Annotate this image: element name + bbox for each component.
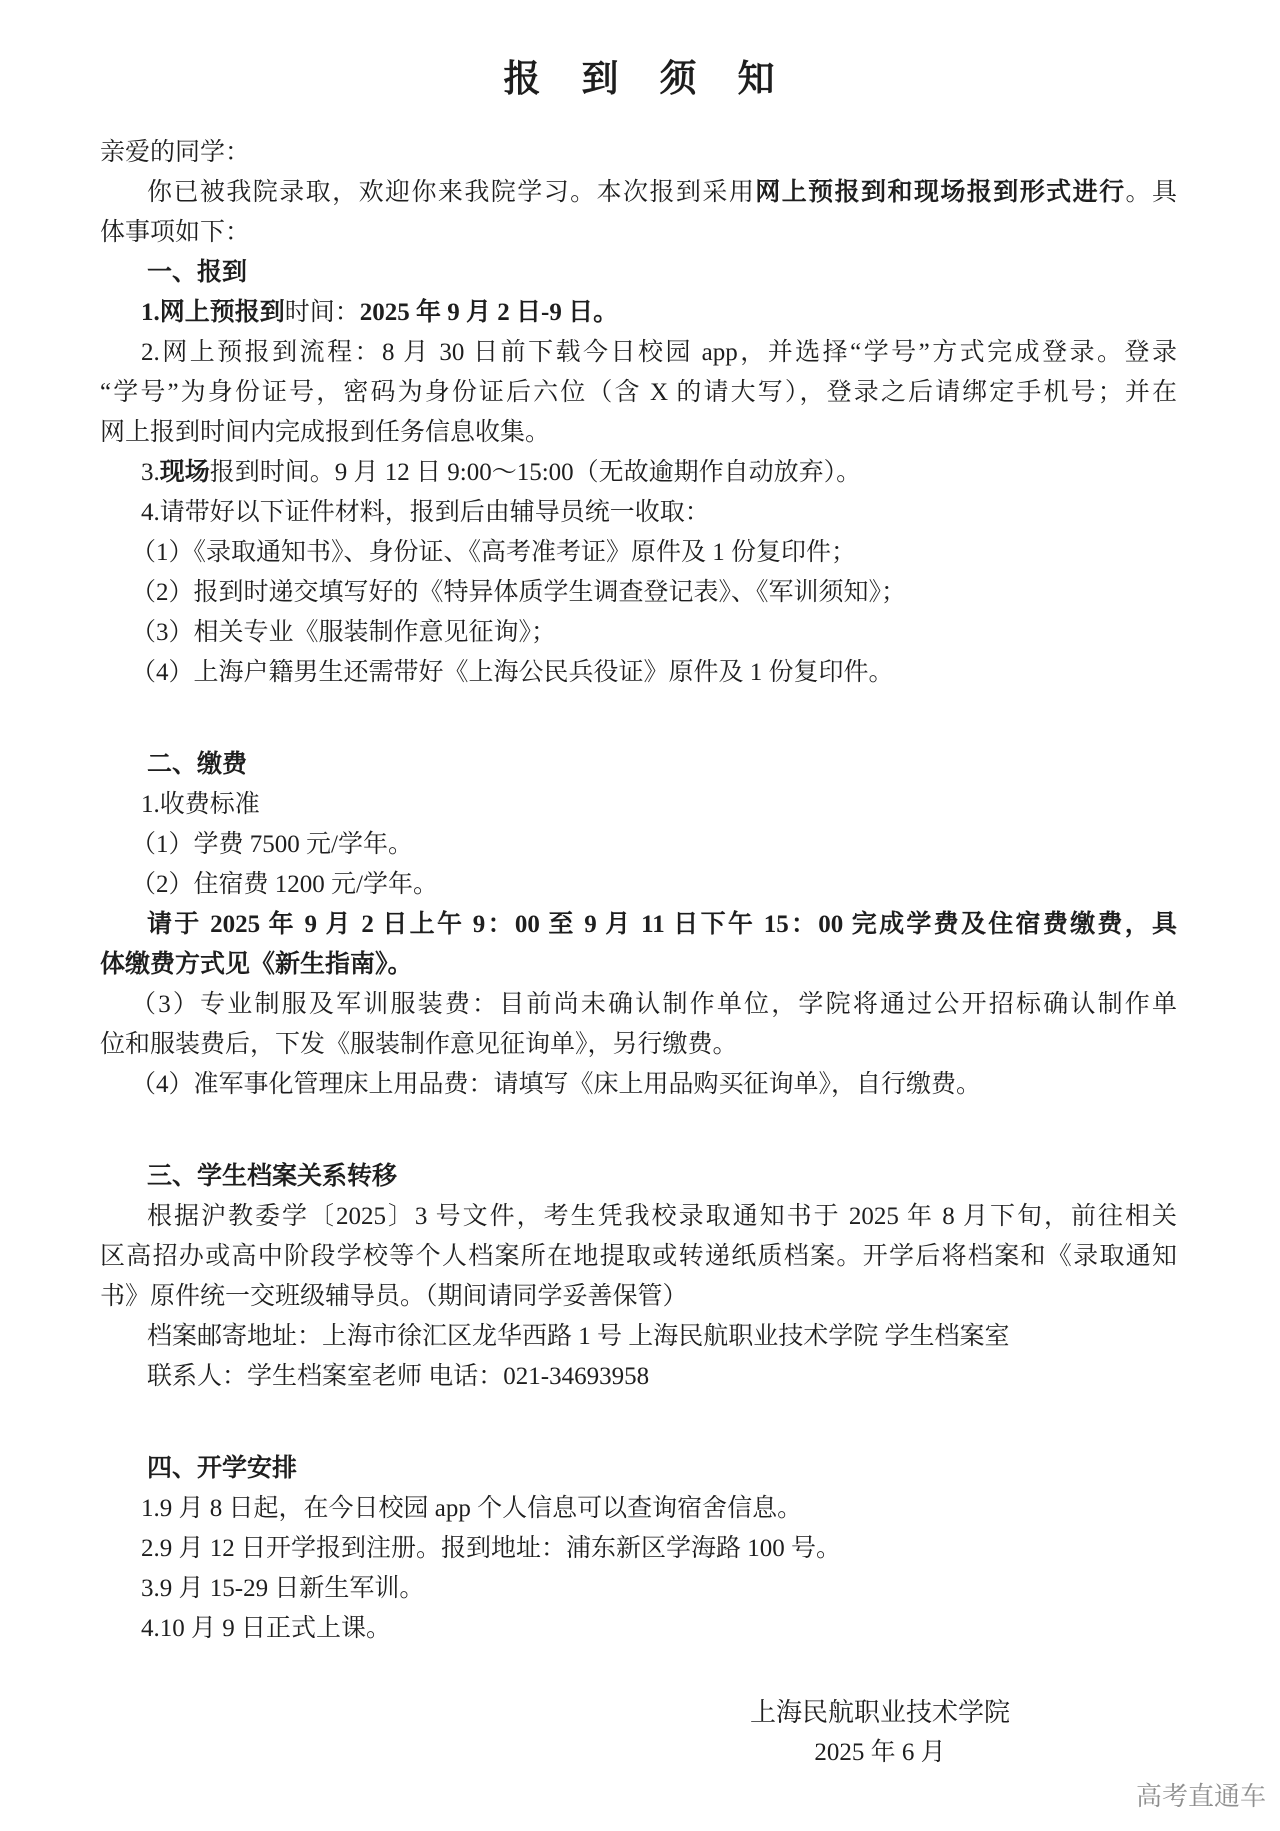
section-heading: 三、学生档案关系转移 [100, 1157, 1177, 1197]
text-segment: 位和服装费后，下发《服装制作意见征询单》，另行缴费。 [100, 1031, 738, 1058]
text-segment: 体缴费方式见《新生指南》。 [100, 951, 413, 978]
text-line: （4）准军事化管理床上用品费：请填写《床上用品购买征询单》，自行缴费。 [100, 1065, 1177, 1105]
signature-org: 上海民航职业技术学院 [750, 1693, 1010, 1733]
signature-block: 上海民航职业技术学院 2025 年 6 月 [750, 1693, 1010, 1773]
text-line: 体缴费方式见《新生指南》。 [100, 945, 1177, 985]
text-segment: “学号”为身份证号，密码为身份证后六位（含 X 的请大写），登录之后请绑定手机号… [100, 379, 1177, 406]
section-archive-transfer: 三、学生档案关系转移 根据沪教委学〔2025〕3 号文件，考生凭我校录取通知书于… [100, 1157, 1177, 1397]
text-segment: 根据沪教委学〔2025〕3 号文件，考生凭我校录取通知书于 2025 年 8 月… [147, 1203, 1177, 1230]
text-segment: 联系人：学生档案室老师 电话：021-34693958 [147, 1363, 649, 1390]
text-segment: （2）住宿费 1200 元/学年。 [131, 871, 438, 898]
text-line: 3.9 月 15-29 日新生军训。 [100, 1569, 1177, 1609]
text-line: 2.9 月 12 日开学报到注册。报到地址：浦东新区学海路 100 号。 [100, 1529, 1177, 1569]
text-line: （3）相关专业《服装制作意见征询》； [100, 613, 1177, 653]
text-line: （2）报到时递交填写好的《特异体质学生调查登记表》、《军训须知》； [100, 573, 1177, 613]
text-line: 网上报到时间内完成报到任务信息收集。 [100, 413, 1177, 453]
text-line: 位和服装费后，下发《服装制作意见征询单》，另行缴费。 [100, 1025, 1177, 1065]
text-segment: 你已被我院录取，欢迎你来我院学习。本次报到采用 [147, 179, 755, 206]
document-page: 报 到 须 知 亲爱的同学：你已被我院录取，欢迎你来我院学习。本次报到采用网上预… [0, 0, 1280, 1831]
document-title: 报 到 须 知 [0, 55, 1280, 105]
text-segment: 体事项如下： [100, 219, 250, 246]
text-segment: （4）准军事化管理床上用品费：请填写《床上用品购买征询单》，自行缴费。 [131, 1071, 981, 1098]
text-line: 4.10 月 9 日正式上课。 [100, 1609, 1177, 1649]
section-lines: 1.网上预报到时间：2025 年 9 月 2 日-9 日。2.网上预报到流程：8… [100, 293, 1177, 693]
text-line: 书》原件统一交班级辅导员。（期间请同学妥善保管） [100, 1277, 1177, 1317]
text-segment: 3. [141, 459, 160, 486]
text-line: 1.9 月 8 日起，在今日校园 app 个人信息可以查询宿舍信息。 [100, 1489, 1177, 1529]
text-line: （2）住宿费 1200 元/学年。 [100, 865, 1177, 905]
text-segment: 3.9 月 15-29 日新生军训。 [141, 1575, 424, 1602]
text-segment: （3）专业制服及军训服装费：目前尚未确认制作单位，学院将通过公开招标确认制作单 [131, 991, 1177, 1018]
text-segment: 4.10 月 9 日正式上课。 [141, 1615, 391, 1642]
intro-paragraph: 亲爱的同学：你已被我院录取，欢迎你来我院学习。本次报到采用网上预报到和现场报到形… [100, 133, 1177, 253]
text-line: （1）学费 7500 元/学年。 [100, 825, 1177, 865]
text-segment: 书》原件统一交班级辅导员。（期间请同学妥善保管） [100, 1283, 688, 1310]
text-line: 体事项如下： [100, 213, 1177, 253]
text-segment: 1.网上预报到 [141, 299, 285, 326]
text-line: 1.收费标准 [100, 785, 1177, 825]
text-segment: 报到时间。9 月 12 日 9:00～15:00（无故逾期作自动放弃）。 [210, 459, 861, 486]
text-line: （1）《录取通知书》、身份证、《高考准考证》原件及 1 份复印件； [100, 533, 1177, 573]
text-line: 2.网上预报到流程：8 月 30 日前下载今日校园 app，并选择“学号”方式完… [100, 333, 1177, 373]
text-segment: 1.收费标准 [141, 791, 260, 818]
section-schedule: 四、开学安排 1.9 月 8 日起，在今日校园 app 个人信息可以查询宿舍信息… [100, 1449, 1177, 1649]
section-registration: 一、报到 1.网上预报到时间：2025 年 9 月 2 日-9 日。2.网上预报… [100, 253, 1177, 693]
section-heading: 二、缴费 [100, 745, 1177, 785]
section-lines: 1.收费标准（1）学费 7500 元/学年。（2）住宿费 1200 元/学年。请… [100, 785, 1177, 1105]
text-segment: （1）学费 7500 元/学年。 [131, 831, 413, 858]
text-segment: 请于 2025 年 9 月 2 日上午 9：00 至 9 月 11 日下午 15… [147, 911, 1177, 938]
text-line: 4.请带好以下证件材料，报到后由辅导员统一收取： [100, 493, 1177, 533]
text-line: （3）专业制服及军训服装费：目前尚未确认制作单位，学院将通过公开招标确认制作单 [100, 985, 1177, 1025]
text-segment: 网上报到时间内完成报到任务信息收集。 [100, 419, 550, 446]
section-heading: 四、开学安排 [100, 1449, 1177, 1489]
text-line: 档案邮寄地址：上海市徐汇区龙华西路 1 号 上海民航职业技术学院 学生档案室 [100, 1317, 1177, 1357]
text-line: 你已被我院录取，欢迎你来我院学习。本次报到采用网上预报到和现场报到形式进行。具 [100, 173, 1177, 213]
text-segment: （1）《录取通知书》、身份证、《高考准考证》原件及 1 份复印件； [131, 539, 856, 566]
text-line: 亲爱的同学： [100, 133, 1177, 173]
text-segment: 。具 [1126, 179, 1177, 206]
section-payment: 二、缴费 1.收费标准（1）学费 7500 元/学年。（2）住宿费 1200 元… [100, 745, 1177, 1105]
text-segment: 2025 年 9 月 2 日-9 日。 [360, 299, 618, 326]
text-line: 区高招办或高中阶段学校等个人档案所在地提取或转递纸质档案。开学后将档案和《录取通… [100, 1237, 1177, 1277]
text-line: 1.网上预报到时间：2025 年 9 月 2 日-9 日。 [100, 293, 1177, 333]
section-lines: 1.9 月 8 日起，在今日校园 app 个人信息可以查询宿舍信息。2.9 月 … [100, 1489, 1177, 1649]
text-line: 请于 2025 年 9 月 2 日上午 9：00 至 9 月 11 日下午 15… [100, 905, 1177, 945]
text-line: “学号”为身份证号，密码为身份证后六位（含 X 的请大写），登录之后请绑定手机号… [100, 373, 1177, 413]
signature-date: 2025 年 6 月 [750, 1733, 1010, 1773]
text-segment: （3）相关专业《服装制作意见征询》； [131, 619, 556, 646]
text-line: （4）上海户籍男生还需带好《上海公民兵役证》原件及 1 份复印件。 [100, 653, 1177, 693]
watermark: 高考直通车 [1136, 1776, 1266, 1813]
text-segment: 2.9 月 12 日开学报到注册。报到地址：浦东新区学海路 100 号。 [141, 1535, 841, 1562]
section-lines: 根据沪教委学〔2025〕3 号文件，考生凭我校录取通知书于 2025 年 8 月… [100, 1197, 1177, 1397]
text-segment: 2.网上预报到流程：8 月 30 日前下载今日校园 app，并选择“学号”方式完… [141, 339, 1177, 366]
text-segment: 时间： [285, 299, 360, 326]
text-line: 联系人：学生档案室老师 电话：021-34693958 [100, 1357, 1177, 1397]
text-line: 根据沪教委学〔2025〕3 号文件，考生凭我校录取通知书于 2025 年 8 月… [100, 1197, 1177, 1237]
text-segment: （4）上海户籍男生还需带好《上海公民兵役证》原件及 1 份复印件。 [131, 659, 894, 686]
text-segment: 1.9 月 8 日起，在今日校园 app 个人信息可以查询宿舍信息。 [141, 1495, 802, 1522]
text-segment: 现场 [160, 459, 210, 486]
text-line: 3.现场报到时间。9 月 12 日 9:00～15:00（无故逾期作自动放弃）。 [100, 453, 1177, 493]
text-segment: 档案邮寄地址：上海市徐汇区龙华西路 1 号 上海民航职业技术学院 学生档案室 [147, 1323, 1010, 1350]
text-segment: （2）报到时递交填写好的《特异体质学生调查登记表》、《军训须知》； [131, 579, 906, 606]
document-body: 亲爱的同学：你已被我院录取，欢迎你来我院学习。本次报到采用网上预报到和现场报到形… [0, 133, 1280, 1773]
text-segment: 网上预报到和现场报到形式进行 [755, 179, 1125, 206]
text-segment: 4.请带好以下证件材料，报到后由辅导员统一收取： [141, 499, 710, 526]
text-segment: 亲爱的同学： [100, 139, 250, 166]
section-heading: 一、报到 [100, 253, 1177, 293]
text-segment: 区高招办或高中阶段学校等个人档案所在地提取或转递纸质档案。开学后将档案和《录取通… [100, 1243, 1177, 1270]
